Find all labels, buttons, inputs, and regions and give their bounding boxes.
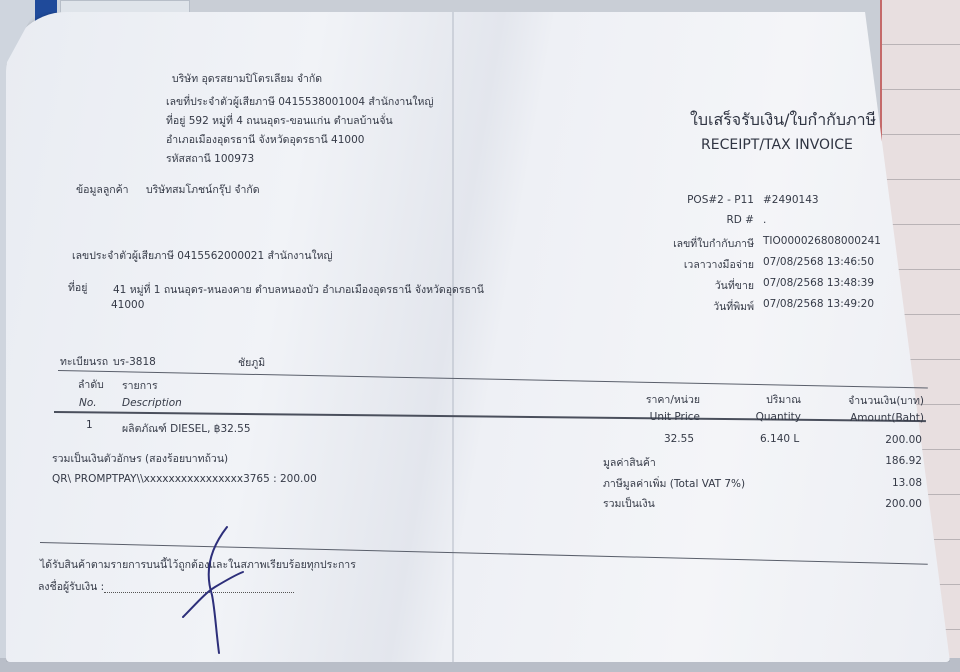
tax-invoice-number: TIO000026808000241 [763, 235, 881, 247]
seller-tax-id: เลขที่ประจำตัวผู้เสียภาษี 0415538001004 … [166, 93, 433, 110]
document-title-english: RECEIPT/TAX INVOICE [701, 137, 853, 153]
print-date-value: 07/08/2568 13:49:20 [763, 298, 874, 310]
row-number: 1 [86, 419, 93, 431]
amount-in-words: รวมเป็นเงินตัวอักษร (สองร้อยบาทถ้วน) [52, 450, 228, 467]
handwritten-signature [175, 525, 255, 655]
customer-address-label: ที่อยู่ [68, 279, 87, 296]
vehicle-plate-value: บร-3818 [113, 353, 156, 370]
seller-name: บริษัท อุดรสยามปิโตรเลียม จำกัด [172, 70, 322, 87]
payment-method-line: QR\ PROMPTPAY\\xxxxxxxxxxxxxxxx3765 : 20… [52, 473, 317, 485]
payment-time-value: 07/08/2568 13:46:50 [763, 256, 874, 268]
header-amount-english: Amount(Baht) [814, 412, 924, 424]
row-description: ผลิตภัณฑ์ DIESEL, ฿32.55 [122, 420, 251, 437]
customer-tax-id: เลขประจำตัวผู้เสียภาษี 0415562000021 สำน… [72, 247, 333, 264]
paper-fold-line [452, 12, 454, 662]
header-quantity-thai: ปริมาณ [691, 391, 801, 408]
document-title-thai: ใบเสร็จรับเงิน/ใบกำกับภาษี [690, 108, 876, 133]
pos-value: #2490143 [763, 194, 819, 206]
customer-name: บริษัทสมโภชน์กรุ๊ป จำกัด [146, 181, 260, 198]
row-unit-price: 32.55 [584, 433, 694, 445]
print-date-label: วันที่พิมพ์ [644, 298, 754, 315]
header-unit-price-thai: ราคา/หน่วย [590, 391, 700, 408]
customer-address-line2: 41000 [111, 299, 144, 311]
vat-label: ภาษีมูลค่าเพิ่ม (Total VAT 7%) [603, 475, 745, 492]
seller-address-line2: อำเภอเมืองอุดรธานี จังหวัดอุดรธานี 41000 [166, 131, 364, 148]
seller-address-line1: ที่อยู่ 592 หมู่ที่ 4 ถนนอุดร-ขอนแก่น ตำ… [166, 112, 393, 129]
total-value: 200.00 [812, 498, 922, 510]
vat-value: 13.08 [812, 477, 922, 489]
row-amount: 200.00 [812, 434, 922, 446]
row-quantity: 6.140 L [760, 433, 799, 445]
vehicle-province: ชัยภูมิ [238, 354, 265, 371]
header-quantity-english: Quantity [691, 411, 801, 423]
header-description-thai: รายการ [122, 377, 158, 394]
signature-label: ลงชื่อผู้รับเงิน : [38, 578, 104, 595]
total-label: รวมเป็นเงิน [603, 495, 655, 512]
seller-station-code: รหัสสถานี 100973 [166, 150, 254, 167]
pos-label: POS#2 - P11 [644, 194, 754, 206]
sale-date-label: วันที่ขาย [644, 277, 754, 294]
rd-label: RD # [644, 214, 754, 226]
sale-date-value: 07/08/2568 13:48:39 [763, 277, 874, 289]
payment-time-label: เวลาวางมือจ่าย [644, 256, 754, 273]
customer-address-line1: 41 หมู่ที่ 1 ถนนอุดร-หนองคาย ตำบลหนองบัว… [113, 281, 484, 298]
customer-label: ข้อมูลลูกค้า [76, 181, 129, 198]
header-amount-thai: จำนวนเงิน(บาท) [814, 392, 924, 409]
subtotal-value: 186.92 [812, 455, 922, 467]
header-no-english: No. [79, 397, 97, 409]
header-description-english: Description [122, 397, 182, 409]
rd-value: . [763, 214, 766, 226]
vehicle-plate-label: ทะเบียนรถ [60, 353, 108, 370]
header-no-thai: ลำดับ [78, 376, 104, 393]
header-unit-price-english: Unit Price [590, 411, 700, 423]
tax-invoice-label: เลขที่ใบกำกับภาษี [644, 235, 754, 252]
subtotal-label: มูลค่าสินค้า [603, 454, 656, 471]
